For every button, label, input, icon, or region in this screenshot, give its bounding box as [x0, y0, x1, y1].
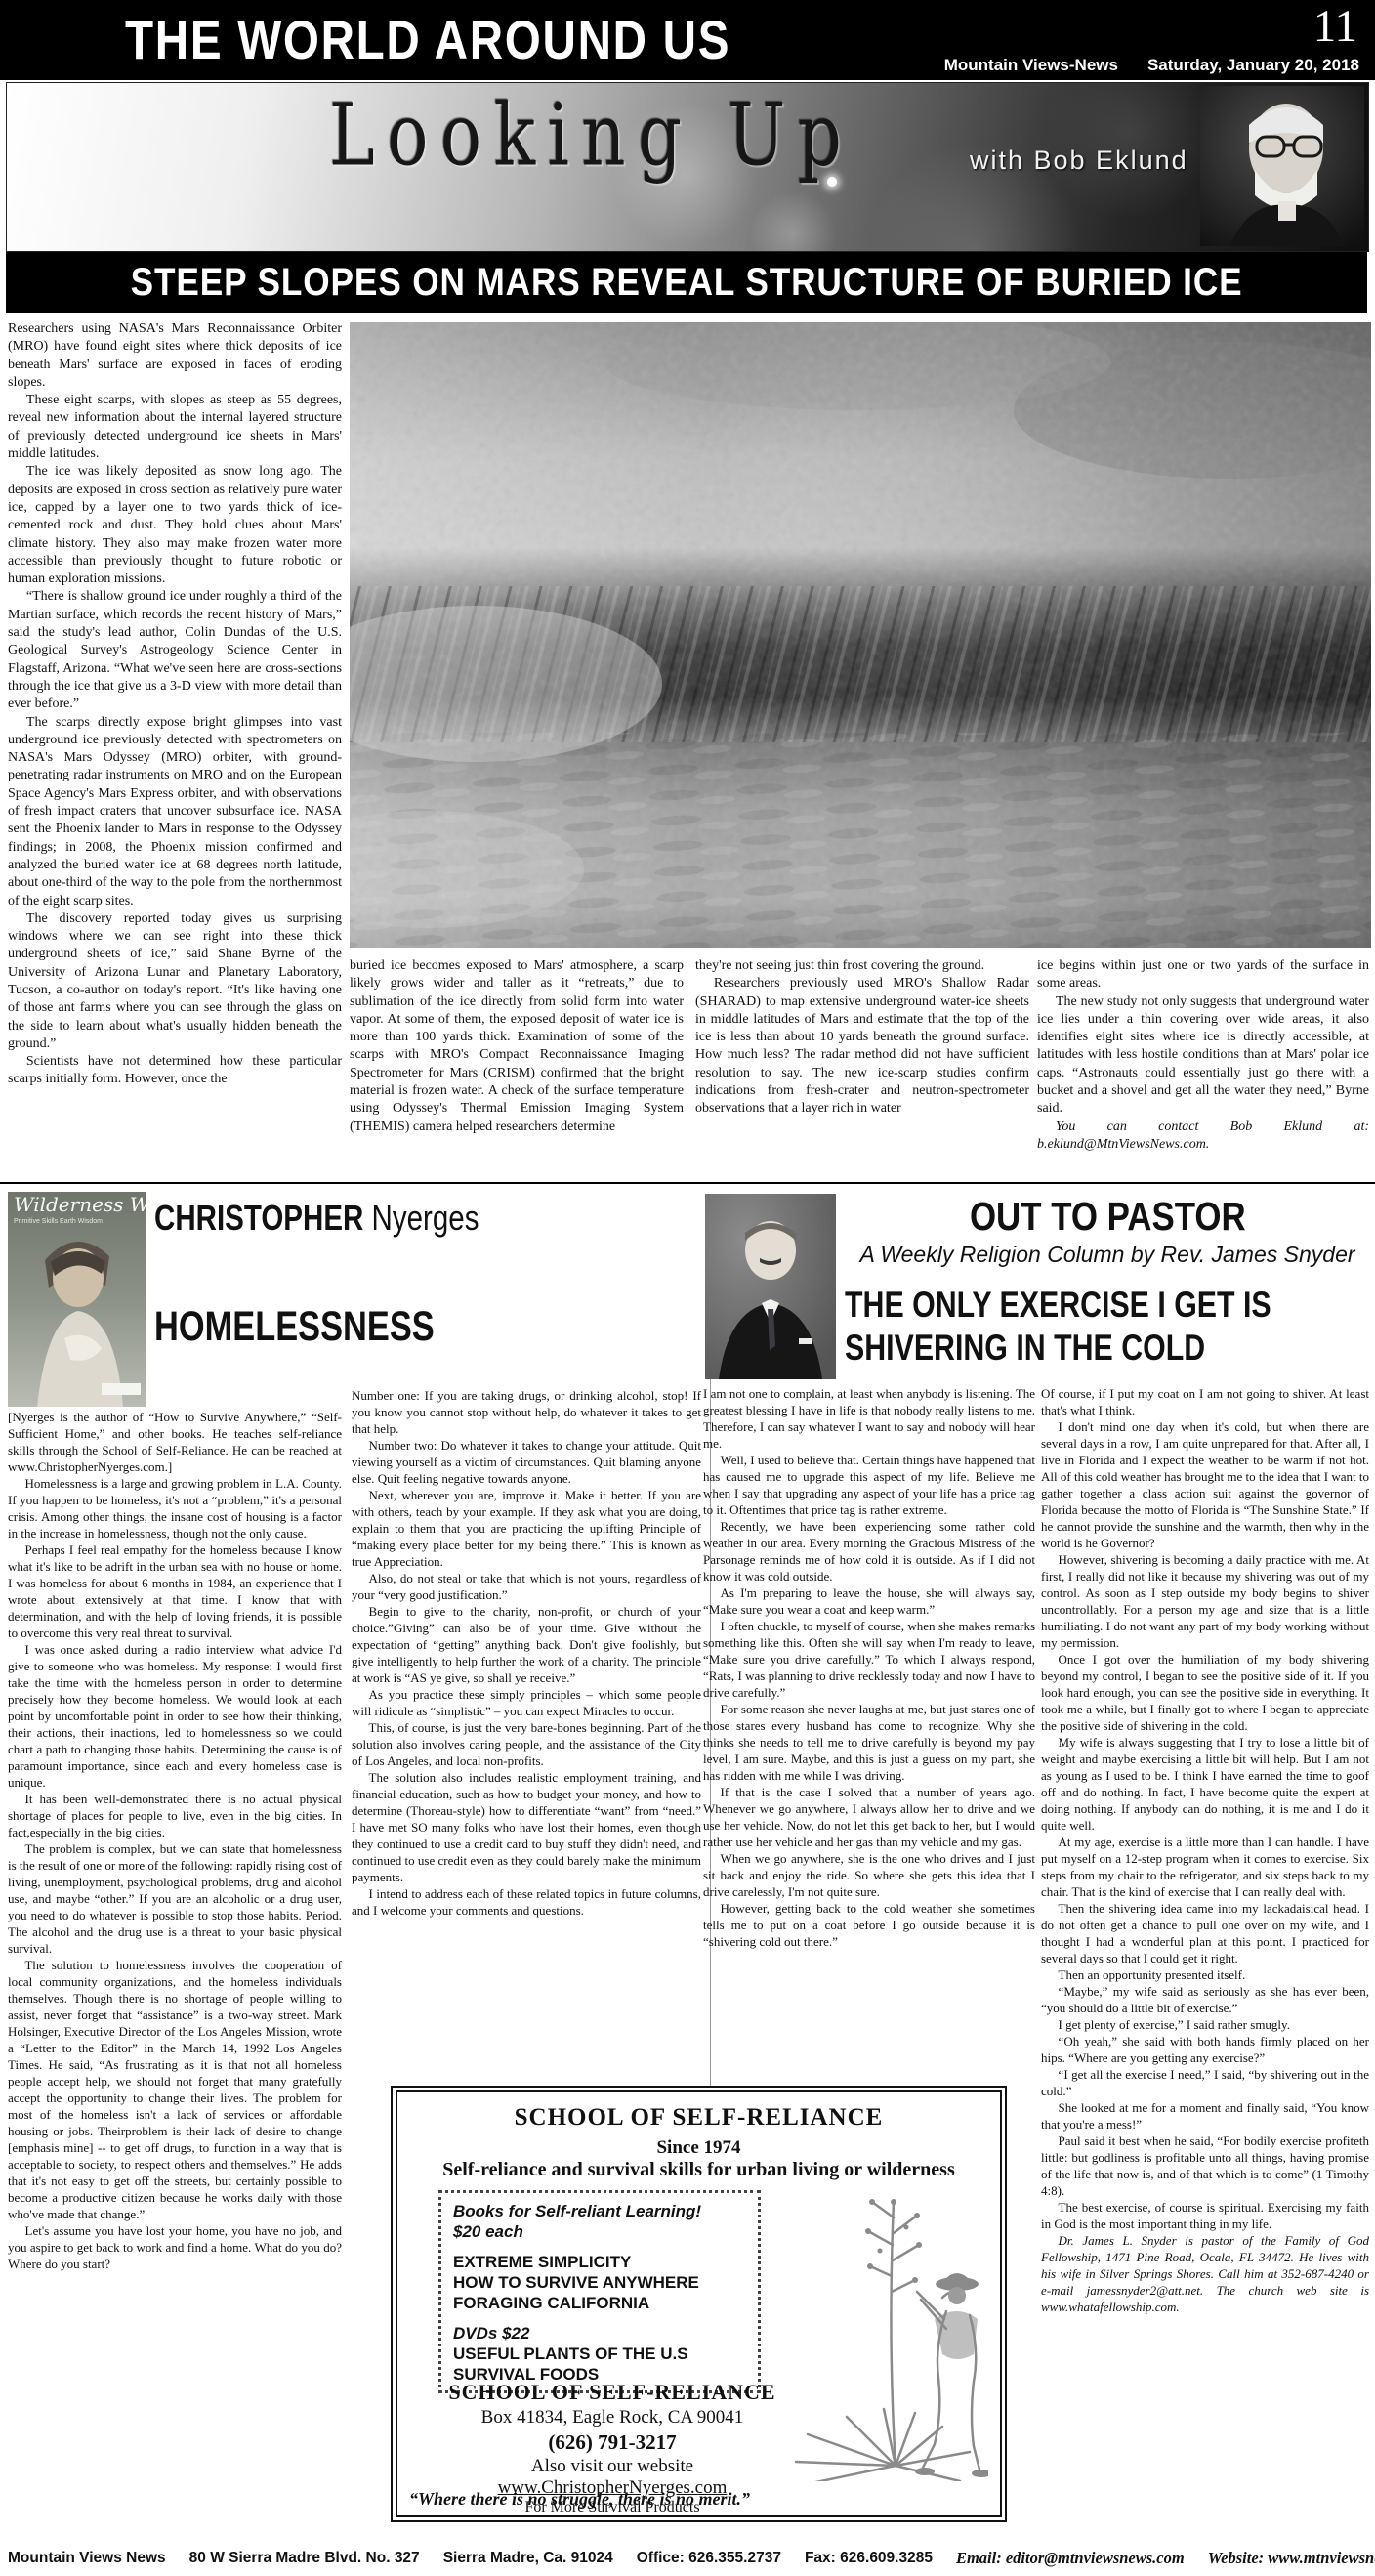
paragraph: Paul said it best when he said, “For bod… [1041, 2133, 1369, 2199]
paragraph: Homelessness is a large and growing prob… [8, 1475, 342, 1541]
paragraph: Then the shivering idea came into my lac… [1041, 1900, 1369, 1966]
paragraph: they're not seeing just thin frost cover… [695, 957, 1029, 975]
paragraph: The new study not only suggests that und… [1037, 993, 1369, 1119]
paragraph: Once I got over the humiliation of my bo… [1041, 1651, 1369, 1734]
newspaper-page: THE WORLD AROUND US 11 Mountain Views-Ne… [0, 0, 1375, 2576]
ad-motto: “Where there is no struggle, there is no… [409, 2489, 750, 2510]
paragraph: The best exercise, of course is spiritua… [1041, 2199, 1369, 2232]
page-title: THE WORLD AROUND US [125, 8, 730, 71]
mars-article-column-4: ice begins within just one or two yards … [1037, 957, 1369, 1174]
ad-visit-text: Also visit our website [417, 2456, 808, 2477]
wilderness-way-cover: Wilderness Way Primitive Skills Earth Wi… [8, 1192, 146, 1407]
footer-website: Website: www.mtnviewsnews.com [1208, 2549, 1375, 2568]
pastor-subtitle: A Weekly Religion Column by Rev. James S… [840, 1242, 1375, 1268]
paragraph: Perhaps I feel real empathy for the home… [8, 1541, 342, 1641]
pastor-kicker: OUT TO PASTOR [970, 1194, 1246, 1240]
paragraph: When we go anywhere, she is the one who … [703, 1850, 1035, 1900]
mars-article-column-2: buried ice becomes exposed to Mars' atmo… [350, 957, 684, 1174]
bokeh-circle [749, 190, 837, 252]
paragraph: The discovery reported today gives us su… [8, 910, 342, 1053]
ad-book-titles: EXTREME SIMPLICITYHOW TO SURVIVE ANYWHER… [453, 2252, 746, 2313]
mars-scarp-image [350, 322, 1371, 948]
paragraph: I intend to address each of these relate… [352, 1885, 701, 1919]
nyerges-column-2: Number one: If you are taking drugs, or … [352, 1387, 701, 2083]
paragraph: Well, I used to believe that. Certain th… [703, 1452, 1035, 1518]
bob-eklund-photo [1200, 86, 1364, 246]
paragraph: I get plenty of exercise,” I said rather… [1041, 2016, 1369, 2033]
paragraph: EXTREME SIMPLICITY [453, 2252, 746, 2272]
paragraph: “Maybe,” my wife said as seriously as sh… [1041, 1983, 1369, 2016]
paragraph: Let's assume you have lost your home, yo… [8, 2222, 342, 2272]
james-snyder-photo [705, 1194, 836, 1379]
article-headline: STEEP SLOPES ON MARS REVEAL STRUCTURE OF… [131, 261, 1243, 305]
footer-email: Email: editor@mtnviewsnews.com [956, 2549, 1185, 2568]
paragraph: As you practice these simply principles … [352, 1686, 701, 1719]
paragraph: This, of course, is just the very bare-b… [352, 1719, 701, 1769]
ad-contact-block: SCHOOL OF SELF-RELIANCE Box 41834, Eagle… [417, 2380, 808, 2455]
mars-article: Researchers using NASA's Mars Reconnaiss… [0, 320, 1375, 1180]
paragraph: The problem is complex, but we can state… [8, 1840, 342, 1957]
svg-text:Primitive Skills Earth Wisdo: Primitive Skills Earth Wisdom [14, 1218, 103, 1225]
paragraph: [Nyerges is the author of “How to Surviv… [8, 1409, 342, 1475]
footer-city: Sierra Madre, Ca. 91024 [443, 2550, 613, 2567]
paragraph: Researchers previously used MRO's Shallo… [695, 975, 1029, 1118]
mars-article-column-3: they're not seeing just thin frost cover… [695, 957, 1029, 1174]
ad-since: Since 1974 [397, 2137, 1000, 2159]
page-number: 11 [1313, 0, 1357, 53]
column-banner-byline: with Bob Eklund [970, 146, 1188, 176]
paragraph: “I get all the exercise I need,” I said,… [1041, 2066, 1369, 2099]
nyerges-kicker: CHRISTOPHER Nyerges [154, 1198, 479, 1239]
mars-article-column-1: Researchers using NASA's Mars Reconnaiss… [8, 320, 342, 1178]
pastor-title-line-2: SHIVERING IN THE COLD [845, 1327, 1271, 1370]
masthead: THE WORLD AROUND US 11 Mountain Views-Ne… [0, 0, 1375, 80]
dateline: Mountain Views-News Saturday, January 20… [944, 56, 1359, 75]
kicker-last-name: Nyerges [372, 1198, 479, 1238]
paper-name: Mountain Views-News [944, 56, 1118, 75]
ad-tagline: Self-reliance and survival skills for ur… [397, 2159, 1000, 2181]
ad-books-header: Books for Self-reliant Learning! [453, 2201, 746, 2221]
paragraph: Then an opportunity presented itself. [1041, 1966, 1369, 1983]
paragraph: USEFUL PLANTS OF THE U.S [453, 2344, 746, 2364]
paragraph: HOW TO SURVIVE ANYWHERE [453, 2272, 746, 2293]
paragraph: I am not one to complain, at least when … [703, 1385, 1035, 1452]
paragraph: Next, wherever you are, improve it. Make… [352, 1487, 701, 1570]
section-divider [0, 1182, 1375, 1184]
footer-paper-name: Mountain Views News [8, 2550, 166, 2567]
paragraph: buried ice becomes exposed to Mars' atmo… [350, 957, 684, 1136]
paragraph: ice begins within just one or two yards … [1037, 957, 1369, 993]
paragraph: Recently, we have been experiencing some… [703, 1518, 1035, 1584]
pastor-header: OUT TO PASTOR A Weekly Religion Column b… [840, 1194, 1375, 1268]
spacer [453, 2242, 746, 2252]
pastor-column-1: I am not one to complain, at least when … [703, 1385, 1035, 2071]
pastor-article-title: THE ONLY EXERCISE I GET IS SHIVERING IN … [845, 1284, 1271, 1370]
paragraph: Scientists have not determined how these… [8, 1053, 342, 1089]
paragraph: My wife is always suggesting that I try … [1041, 1734, 1369, 1834]
ad-dvd-titles: USEFUL PLANTS OF THE U.SSURVIVAL FOODS [453, 2344, 746, 2385]
paragraph: For some reason she never laughs at me, … [703, 1701, 1035, 1784]
ad-org-address: Box 41834, Eagle Rock, CA 90041 [417, 2407, 808, 2428]
ad-inner-frame: SCHOOL OF SELF-RELIANCE Since 1974 Self-… [396, 2090, 1002, 2517]
paragraph: However, getting back to the cold weathe… [703, 1900, 1035, 1950]
nyerges-column-1: [Nyerges is the author of “How to Surviv… [8, 1409, 342, 2538]
ad-title: SCHOOL OF SELF-RELIANCE [397, 2104, 1000, 2132]
paragraph: However, shivering is becoming a daily p… [1041, 1551, 1369, 1651]
paragraph: Also, do not steal or take that which is… [352, 1570, 701, 1603]
paragraph: Begin to give to the charity, non-profit… [352, 1603, 701, 1686]
paragraph: She looked at me for a moment and finall… [1041, 2099, 1369, 2133]
paragraph: The scarps directly expose bright glimps… [8, 714, 342, 910]
lower-section: Wilderness Way Primitive Skills Earth Wi… [0, 1190, 1375, 2540]
paragraph: I was once asked during a radio intervie… [8, 1641, 342, 1791]
homelessness-title: HOMELESSNESS [154, 1303, 435, 1351]
headline-bar: STEEP SLOPES ON MARS REVEAL STRUCTURE OF… [6, 252, 1367, 313]
paragraph: Of course, if I put my coat on I am not … [1041, 1385, 1369, 1418]
ad-book-list: Books for Self-reliant Learning! $20 eac… [438, 2190, 761, 2393]
paragraph: If that is the case I solved that a numb… [703, 1784, 1035, 1850]
paragraph: At my age, exercise is a little more tha… [1041, 1834, 1369, 1900]
paragraph: “There is shallow ground ice under rough… [8, 588, 342, 713]
paragraph: FORAGING CALIFORNIA [453, 2293, 746, 2313]
yucca-harvest-drawing [778, 2182, 988, 2481]
paragraph: Number one: If you are taking drugs, or … [352, 1387, 701, 1437]
paragraph: “Oh yeah,” she said with both hands firm… [1041, 2033, 1369, 2066]
column-banner-title: Looking Up [329, 85, 854, 185]
issue-date: Saturday, January 20, 2018 [1147, 56, 1359, 75]
school-of-self-reliance-ad: SCHOOL OF SELF-RELIANCE Since 1974 Self-… [391, 2086, 1007, 2522]
paragraph: Researchers using NASA's Mars Reconnaiss… [8, 320, 342, 392]
footer-office-phone: Office: 626.355.2737 [637, 2550, 781, 2567]
footer-address: 80 W Sierra Madre Blvd. No. 327 [189, 2550, 420, 2567]
contact-line: You can contact Bob Eklund at: b.eklund@… [1037, 1119, 1369, 1155]
kicker-first-name: CHRISTOPHER [154, 1198, 363, 1238]
footer-fax: Fax: 626.609.3285 [805, 2550, 933, 2567]
paragraph: As I'm preparing to leave the house, she… [703, 1584, 1035, 1618]
page-footer: Mountain Views News 80 W Sierra Madre Bl… [0, 2540, 1375, 2576]
ad-org-name: SCHOOL OF SELF-RELIANCE [417, 2380, 808, 2405]
paragraph: It has been well-demonstrated there is n… [8, 1791, 342, 1840]
paragraph: The solution to homelessness involves th… [8, 1957, 342, 2222]
looking-up-banner: Looking Up with Bob Eklund [6, 82, 1369, 252]
paragraph: The solution also includes realistic emp… [352, 1769, 701, 1885]
pastor-column-2: Of course, if I put my coat on I am not … [1041, 1385, 1369, 2538]
spacer [453, 2313, 746, 2323]
pastor-title-line-1: THE ONLY EXERCISE I GET IS [845, 1284, 1271, 1327]
pastor-bio: Dr. James L. Snyder is pastor of the Fam… [1041, 2232, 1369, 2315]
paragraph: I don't mind one day when it's cold, but… [1041, 1418, 1369, 1551]
paragraph: Number two: Do whatever it takes to chan… [352, 1437, 701, 1487]
ad-dvd-header: DVDs $22 [453, 2323, 746, 2344]
paragraph: These eight scarps, with slopes as steep… [8, 392, 342, 463]
ad-books-price: $20 each [453, 2221, 746, 2242]
paragraph: I often chuckle, to myself of course, wh… [703, 1618, 1035, 1701]
paragraph: The ice was likely deposited as snow lon… [8, 463, 342, 588]
ad-org-phone: (626) 791-3217 [417, 2430, 808, 2455]
svg-text:Wilderness Way: Wilderness Way [14, 1193, 146, 1216]
